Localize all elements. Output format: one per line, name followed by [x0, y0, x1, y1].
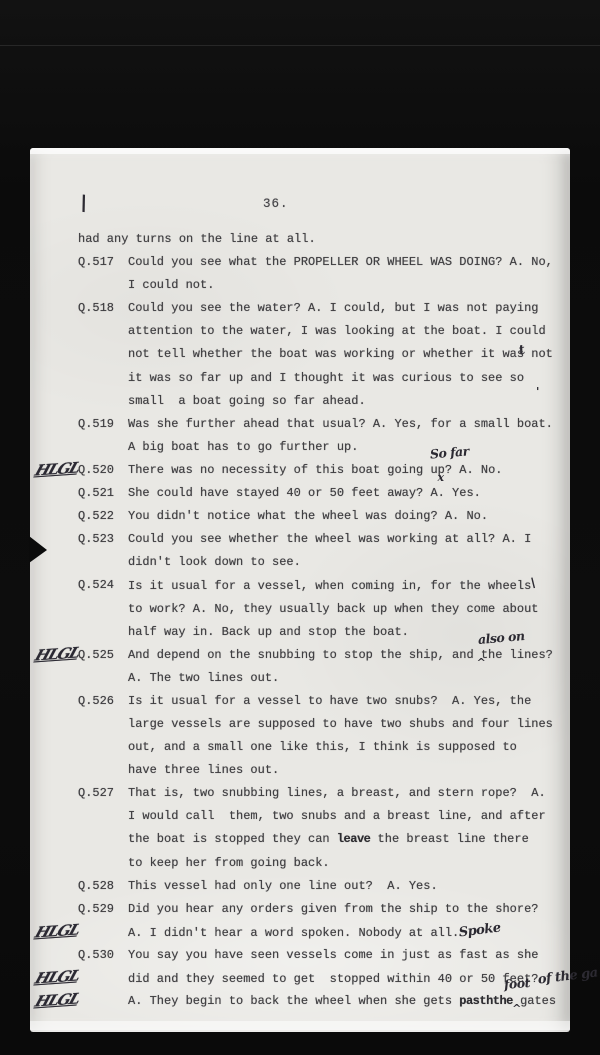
transcript-line: have three lines out. — [30, 759, 570, 782]
question-number: Q.528 — [78, 875, 114, 898]
typed-text: You say you have seen vessels come in ju… — [128, 944, 538, 967]
typed-text: Is it usual for a vessel, when coming in… — [128, 574, 536, 598]
typed-text: the boat is stopped they can leave the b… — [128, 828, 529, 851]
typed-text: attention to the water, I was looking at… — [128, 320, 546, 343]
handwritten-annotation: Spoke — [458, 916, 502, 944]
transcript-line: Q.524Is it usual for a vessel, when comi… — [30, 574, 570, 597]
typed-text: That is, two snubbing lines, a breast, a… — [128, 782, 546, 805]
transcript-line: the boat is stopped they can leave the b… — [30, 828, 570, 851]
check-slash-mark: \ — [79, 192, 90, 214]
transcript-line: it was so far up and I thought it was cu… — [30, 367, 570, 390]
question-number: Q.525 — [78, 644, 114, 667]
question-number: Q.521 — [78, 482, 114, 505]
question-number: Q.529 — [78, 898, 114, 921]
scanned-transcript-photo: { "page": { "number": "36.", "paper_colo… — [0, 0, 600, 1055]
transcript-line: HLGLdid and they seemed to get stopped w… — [30, 967, 570, 990]
annotated-word: up?So farx — [430, 459, 452, 482]
transcript-line: Q.517Could you see what the PROPELLER OR… — [30, 251, 570, 274]
question-number: Q.526 — [78, 690, 114, 713]
transcript-line: HLGLA. They begin to back the wheel when… — [30, 990, 570, 1013]
typed-text: had any turns on the line at all. — [78, 228, 316, 251]
page-number: 36. — [263, 197, 289, 211]
transcript-line: didn't look down to see. — [30, 551, 570, 574]
typed-text: A. I didn't hear a word spoken. Nobody a… — [128, 921, 501, 945]
transcript-line: Q.519Was she further ahead that usual? A… — [30, 413, 570, 436]
transcript-line: Q.525HLGLAnd depend on the snubbing to s… — [30, 644, 570, 667]
handwritten-initials: HLGL — [32, 919, 82, 943]
transcript-line: Q.522You didn't notice what the wheel wa… — [30, 505, 570, 528]
typed-text: Was she further ahead that usual? A. Yes… — [128, 413, 553, 436]
typed-text: There was no necessity of this boat goin… — [128, 459, 502, 482]
question-number: Q.519 — [78, 413, 114, 436]
transcript-line: not tell whether the boat was working or… — [30, 343, 570, 366]
typed-text: Could you see the water? A. I could, but… — [128, 297, 538, 320]
transcript-line: HLGLA. I didn't hear a word spoken. Nobo… — [30, 921, 570, 944]
question-number: Q.523 — [78, 528, 114, 551]
transcript-line: to work? A. No, they usually back up whe… — [30, 598, 570, 621]
insertion-caret: ^ — [512, 1004, 521, 1014]
handwritten-initials: HLGL — [32, 966, 82, 990]
typed-text: And depend on the snubbing to stop the s… — [128, 644, 553, 667]
transcript-line: A. The two lines out. — [30, 667, 570, 690]
typed-text: to keep her from going back. — [128, 852, 330, 875]
question-number: Q.517 — [78, 251, 114, 274]
question-number: Q.518 — [78, 297, 114, 320]
typed-text: This vessel had only one line out? A. Ye… — [128, 875, 438, 898]
handwritten-initials: HLGL — [32, 457, 82, 481]
handwritten-annotation: foot — [504, 977, 531, 991]
transcript-line: had any turns on the line at all. — [30, 228, 570, 251]
typed-text: Could you see whether the wheel was work… — [128, 528, 531, 551]
typed-text: didn't look down to see. — [128, 551, 301, 574]
transcript-line: Q.518Could you see the water? A. I could… — [30, 297, 570, 320]
transcript-line: small a boat going so far ahead. — [30, 390, 570, 413]
typed-text: Did you hear any orders given from the s… — [128, 898, 538, 921]
transcript-line: I could not. — [30, 274, 570, 297]
typed-text: it was so far up and I thought it was cu… — [128, 367, 524, 390]
transcript-text-block: had any turns on the line at all.Q.517Co… — [30, 228, 570, 1013]
typed-text: small a boat going so far ahead. — [128, 390, 366, 413]
question-number: Q.522 — [78, 505, 114, 528]
handwritten-annotation: also on — [477, 630, 524, 646]
typed-text: I would call them, two snubs and a breas… — [128, 805, 546, 828]
transcript-line: Q.521She could have stayed 40 or 50 feet… — [30, 482, 570, 505]
scan-artifact-line — [0, 45, 600, 46]
transcript-line: Q.530You say you have seen vessels come … — [30, 944, 570, 967]
typed-text: A big boat has to go further up. — [128, 436, 358, 459]
transcript-line: Q.526Is it usual for a vessel to have tw… — [30, 690, 570, 713]
document-page: 36. \t' had any turns on the line at all… — [30, 148, 570, 1032]
question-number: Q.524 — [78, 574, 114, 597]
handwritten-initials: HLGL — [32, 642, 82, 666]
transcript-line: to keep her from going back. — [30, 852, 570, 875]
handwritten-initials: HLGL — [32, 989, 82, 1013]
transcript-line: large vessels are supposed to have two s… — [30, 713, 570, 736]
typed-text: A. The two lines out. — [128, 667, 279, 690]
transcript-line: attention to the water, I was looking at… — [30, 320, 570, 343]
transcript-line: Q.528This vessel had only one line out? … — [30, 875, 570, 898]
transcript-line: Q.520HLGLThere was no necessity of this … — [30, 459, 570, 482]
typed-text: Is it usual for a vessel to have two snu… — [128, 690, 531, 713]
annotated-word: the lines?also on^ — [474, 644, 553, 667]
typed-text: not tell whether the boat was working or… — [128, 343, 553, 366]
annotated-word: gatesfoot^ — [520, 990, 556, 1013]
transcript-line: out, and a small one like this, I think … — [30, 736, 570, 759]
transcript-line: Q.523Could you see whether the wheel was… — [30, 528, 570, 551]
question-number: Q.527 — [78, 782, 114, 805]
handwritten-annotation: So far — [430, 445, 470, 460]
typed-text: A. They begin to back the wheel when she… — [128, 990, 556, 1013]
transcript-line: A big boat has to go further up. — [30, 436, 570, 459]
typed-text: She could have stayed 40 or 50 feet away… — [128, 482, 481, 505]
typed-text: to work? A. No, they usually back up whe… — [128, 598, 538, 621]
question-number: Q.520 — [78, 459, 114, 482]
typed-text: out, and a small one like this, I think … — [128, 736, 517, 759]
typed-text: half way in. Back up and stop the boat. — [128, 621, 409, 644]
typed-text: Could you see what the PROPELLER OR WHEE… — [128, 251, 553, 274]
typed-text: You didn't notice what the wheel was doi… — [128, 505, 488, 528]
typed-text: have three lines out. — [128, 759, 279, 782]
typed-text: I could not. — [128, 274, 214, 297]
transcript-line: I would call them, two snubs and a breas… — [30, 805, 570, 828]
question-number: Q.530 — [78, 944, 114, 967]
typed-text: large vessels are supposed to have two s… — [128, 713, 553, 736]
transcript-line: Q.527That is, two snubbing lines, a brea… — [30, 782, 570, 805]
